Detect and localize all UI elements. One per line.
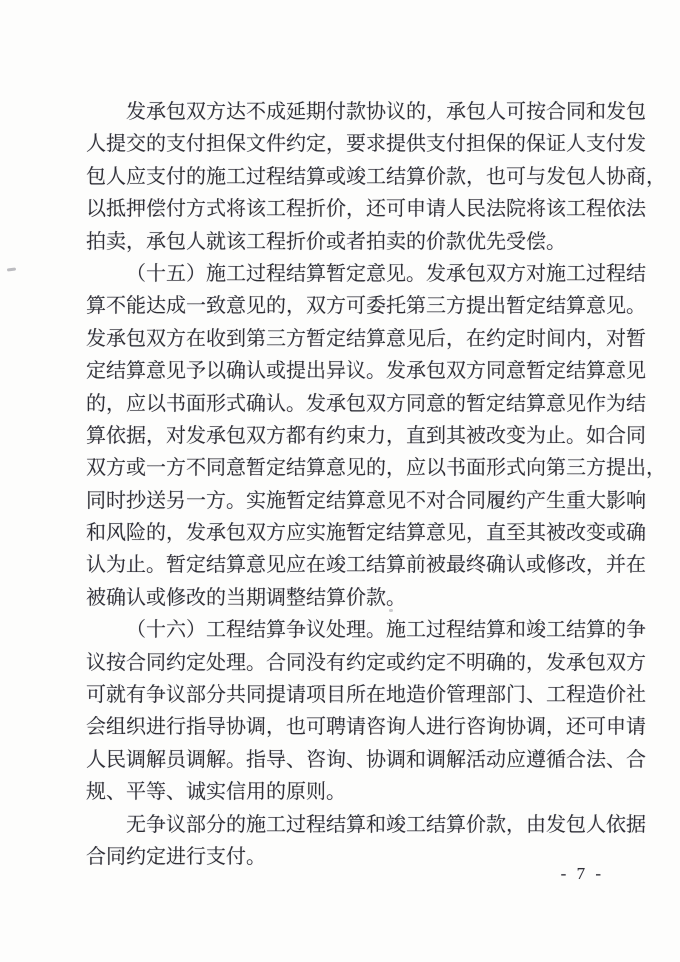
text-line: （十六）工程结算争议处理。施工过程结算和竣工结算的争 [86,614,652,646]
page-number: - 7 - [561,864,604,884]
text-line: 人提交的支付担保文件约定，要求提供支付担保的保证人支付发 [86,128,652,160]
document-body: 发承包双方达不成延期付款协议的，承包人可按合同和发包 人提交的支付担保文件约定，… [86,96,652,873]
text-line: 双方或一方不同意暂定结算意见的，应以书面形式向第三方提出， [86,452,652,484]
text-line: 的，应以书面形式确认。发承包双方同意的暂定结算意见作为结 [86,388,652,420]
paragraph-payment-guarantee: 发承包双方达不成延期付款协议的，承包人可按合同和发包 人提交的支付担保文件约定，… [86,96,652,258]
text-line: 可就有争议部分共同提请项目所在地造价管理部门、工程造价社 [86,679,652,711]
scan-artifact-mark [7,267,16,271]
text-line: 以抵押偿付方式将该工程折价，还可申请人民法院将该工程依法 [86,193,652,225]
text-line: 发承包双方达不成延期付款协议的，承包人可按合同和发包 [86,96,652,128]
text-line: 认为止。暂定结算意见应在竣工结算前被最终确认或修改，并在 [86,549,652,581]
text-line: （十五）施工过程结算暂定意见。发承包双方对施工过程结 [86,258,652,290]
paragraph-item-16-dispute-handling: （十六）工程结算争议处理。施工过程结算和竣工结算的争 议按合同约定处理。合同没有… [86,614,652,808]
text-line: 规、平等、诚实信用的原则。 [86,776,652,808]
text-line: 定结算意见予以确认或提出异议。发承包双方同意暂定结算意见 [86,355,652,387]
text-line: 算不能达成一致意见的，双方可委托第三方提出暂定结算意见。 [86,290,652,322]
text-line: 人民调解员调解。指导、咨询、协调和调解活动应遵循合法、合 [86,744,652,776]
text-line: 议按合同约定处理。合同没有约定或约定不明确的，发承包双方 [86,647,652,679]
text-line: 和风险的，发承包双方应实施暂定结算意见，直至其被改变或确 [86,517,652,549]
text-line: 发承包双方在收到第三方暂定结算意见后，在约定时间内，对暂 [86,323,652,355]
text-line: 包人应支付的施工过程结算或竣工结算价款，也可与发包人协商， [86,161,652,193]
paragraph-item-15-provisional-settlement: （十五）施工过程结算暂定意见。发承包双方对施工过程结 算不能达成一致意见的，双方… [86,258,652,614]
text-line: 会组织进行指导协调，也可聘请咨询人进行咨询协调，还可申请 [86,711,652,743]
text-line: 算依据，对发承包双方都有约束力，直到其被改变为止。如合同 [86,420,652,452]
text-line: 被确认或修改的当期调整结算价款。 [86,582,652,614]
text-line: 拍卖，承包人就该工程折价或者拍卖的价款优先受偿。 [86,226,652,258]
text-line: 同时抄送另一方。实施暂定结算意见不对合同履约产生重大影响 [86,485,652,517]
scanned-document-page: 发承包双方达不成延期付款协议的，承包人可按合同和发包 人提交的支付担保文件约定，… [0,0,680,962]
text-line: 无争议部分的施工过程结算和竣工结算价款，由发包人依据 [86,809,652,841]
